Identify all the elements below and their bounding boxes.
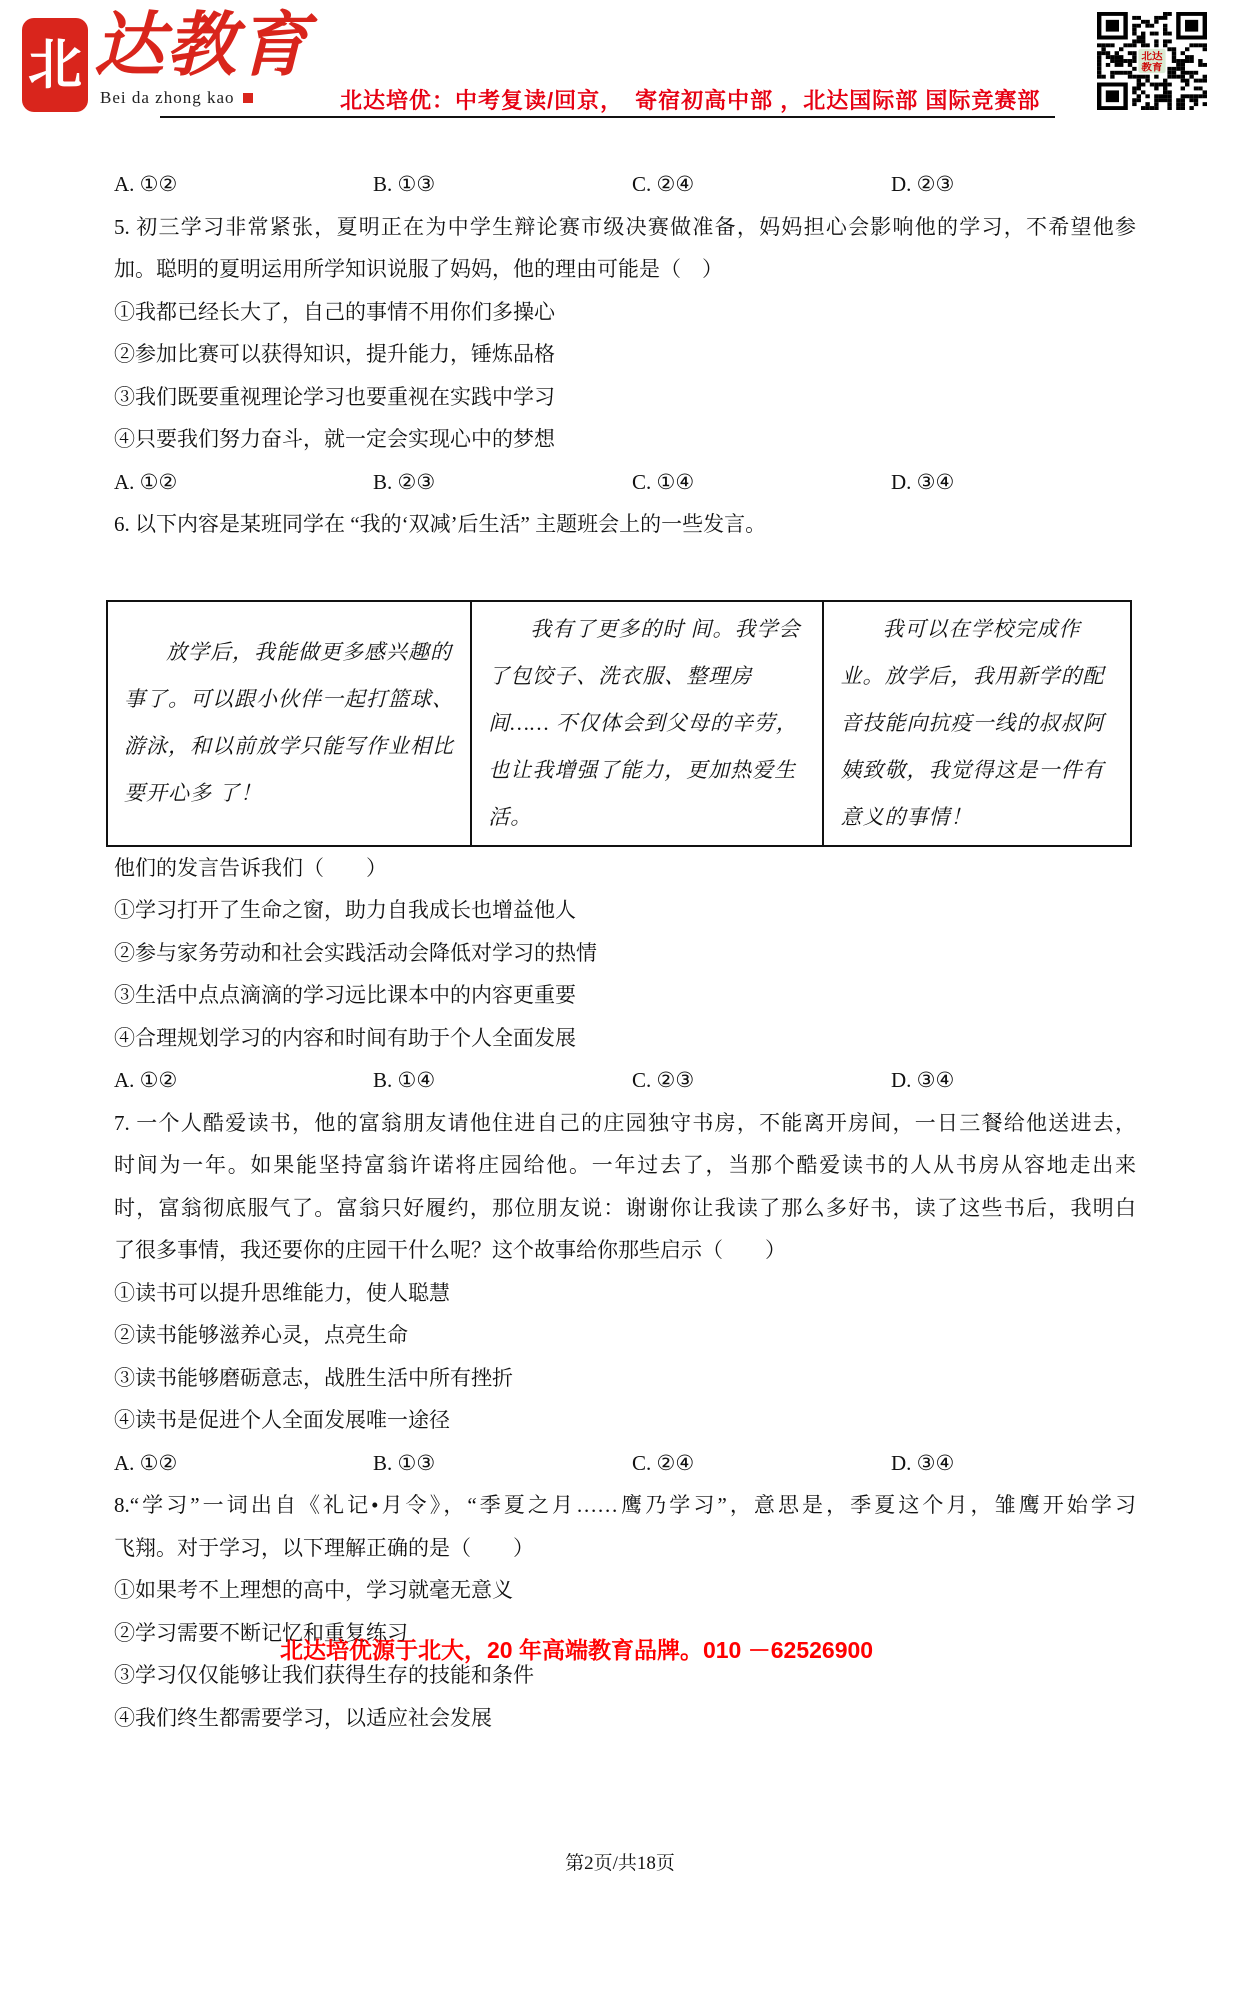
speech-text-3: 我可以在学校完成作业。放学后，我用新学的配音技能向抗疫一线的叔叔阿姨致敬，我觉得… [840,606,1114,841]
question5-item1: ①我都已经长大了，自己的事情不用你们多操心 [114,291,1136,334]
promo-watermark: 北达培优源于北大，20 年高端教育品牌。010 －62526900 [280,1632,873,1665]
speech-cell-1: 放学后，我能做更多感兴趣的事了。可以跟小伙伴一起打篮球、游泳，和以前放学只能写作… [107,601,471,846]
question7-stem-line4: 了很多事情，我还要你的庄园干什么呢？这个故事给你那些启示（ ） [114,1229,1136,1272]
question7-stem-line3: 时，富翁彻底服气了。富翁只好履约，那位朋友说：谢谢你让我读了那么多好书，读了这些… [114,1187,1136,1230]
page-number: 第2页/共18页 [565,1853,675,1874]
brand-name-calligraphy: 达教育 [94,8,310,85]
option-d: D. ③④ [891,1442,954,1485]
brand-subtitle-text: Bei da zhong kao [100,88,235,107]
qr-center-label-line1: 北达 [1141,50,1162,62]
question7-stem-line1: 7. 一个人酷爱读书，他的富翁朋友请他住进自己的庄园独守书房，不能离开房间，一日… [114,1102,1136,1145]
question5-item4: ④只要我们努力奋斗，就一定会实现心中的梦想 [114,418,1136,461]
option-b: B. ①③ [373,1442,632,1485]
question6-speech-table: 放学后，我能做更多感兴趣的事了。可以跟小伙伴一起打篮球、游泳，和以前放学只能写作… [106,600,1132,847]
option-b: B. ①④ [373,1059,632,1102]
option-b: B. ②③ [373,461,632,504]
question6-lead: 他们的发言告诉我们（ ） [114,847,1136,890]
speech-text-1: 放学后，我能做更多感兴趣的事了。可以跟小伙伴一起打篮球、游泳，和以前放学只能写作… [124,629,454,817]
question8-stem-line1: 8.“学习”一词出自《礼记•月令》，“季夏之月……鹰乃学习”，意思是，季夏这个月… [114,1484,1136,1527]
question7-item1: ①读书可以提升思维能力，使人聪慧 [114,1272,1136,1315]
question6-item2: ②参与家务劳动和社会实践活动会降低对学习的热情 [114,932,1136,975]
question5-options-row: A. ①② B. ②③ C. ①④ D. ③④ [114,461,1136,504]
option-a: A. ①② [114,1442,373,1485]
question7-item4: ④读书是促进个人全面发展唯一途径 [114,1399,1136,1442]
question8-stem-line2: 飞翔。对于学习，以下理解正确的是（ ） [114,1527,1136,1570]
question6-options-row: A. ①② B. ①④ C. ②③ D. ③④ [114,1059,1136,1102]
exam-page: 北 达教育 Bei da zhong kao 北达培优：中考复读/回京， 寄宿初… [0,0,1240,2008]
option-a: A. ①② [114,1059,373,1102]
brand-seal-character: 北 [28,38,82,92]
question6-item3: ③生活中点点滴滴的学习远比课本中的内容更重要 [114,974,1136,1017]
question6-item1: ①学习打开了生命之窗，助力自我成长也增益他人 [114,889,1136,932]
option-c: C. ②④ [632,1442,891,1485]
speech-cell-2: 我有了更多的时 间。我学会了包饺子、洗衣服、整理房间…… 不仅体会到父母的辛劳，… [471,601,823,846]
question7-stem-line2: 时间为一年。如果能坚持富翁许诺将庄园给他。一年过去了，当那个酷爱读书的人从书房从… [114,1144,1136,1187]
question7-item3: ③读书能够磨砺意志，战胜生活中所有挫折 [114,1357,1136,1400]
exam-content: A. ①② B. ①③ C. ②④ D. ②③ 5. 初三学习非常紧张，夏明正在… [114,163,1136,1739]
option-d: D. ③④ [891,461,954,504]
question7-options-row: A. ①② B. ①③ C. ②④ D. ③④ [114,1442,1136,1485]
option-a: A. ①② [114,461,373,504]
brand-red-square-icon [243,93,253,103]
question6-item4: ④合理规划学习的内容和时间有助于个人全面发展 [114,1017,1136,1060]
option-a: A. ①② [114,163,373,206]
speech-text-2: 我有了更多的时 间。我学会了包饺子、洗衣服、整理房间…… 不仅体会到父母的辛劳，… [488,606,806,841]
page-header: 北 达教育 Bei da zhong kao 北达培优：中考复读/回京， 寄宿初… [0,0,1240,130]
option-d: D. ③④ [891,1059,954,1102]
question7-item2: ②读书能够滋养心灵，点亮生命 [114,1314,1136,1357]
brand-subtitle: Bei da zhong kao [100,88,253,108]
option-c: C. ①④ [632,461,891,504]
option-c: C. ②④ [632,163,891,206]
speech-cell-3: 我可以在学校完成作业。放学后，我用新学的配音技能向抗疫一线的叔叔阿姨致敬，我觉得… [823,601,1131,846]
question5-item2: ②参加比赛可以获得知识，提升能力，锤炼品格 [114,333,1136,376]
question5-item3: ③我们既要重视理论学习也要重视在实践中学习 [114,376,1136,419]
table-row: 放学后，我能做更多感兴趣的事了。可以跟小伙伴一起打篮球、游泳，和以前放学只能写作… [107,601,1131,846]
brand-seal-logo: 北 [24,20,86,110]
question5-stem-line1: 5. 初三学习非常紧张，夏明正在为中学生辩论赛市级决赛做准备，妈妈担心会影响他的… [114,206,1136,249]
header-tagline: 北达培优：中考复读/回京， 寄宿初高中部 ，北达国际部 国际竞赛部 [340,84,1040,115]
header-divider [160,116,1055,118]
qr-code: 北达 教育 [1097,12,1207,110]
question6-stem: 6. 以下内容是某班同学在 “我的‘双减’后生活” 主题班会上的一些发言。 [114,503,1136,546]
question8-item4: ④我们终生都需要学习，以适应社会发展 [114,1697,1136,1740]
option-c: C. ②③ [632,1059,891,1102]
option-d: D. ②③ [891,163,954,206]
option-b: B. ①③ [373,163,632,206]
qr-center-label-line2: 教育 [1140,61,1162,73]
question4-options-row: A. ①② B. ①③ C. ②④ D. ②③ [114,163,1136,206]
question5-stem-line2: 加。聪明的夏明运用所学知识说服了妈妈，他的理由可能是（ ） [114,248,1136,291]
question8-item1: ①如果考不上理想的高中，学习就毫无意义 [114,1569,1136,1612]
page-footer: 第2页/共18页 [0,1848,1240,1875]
